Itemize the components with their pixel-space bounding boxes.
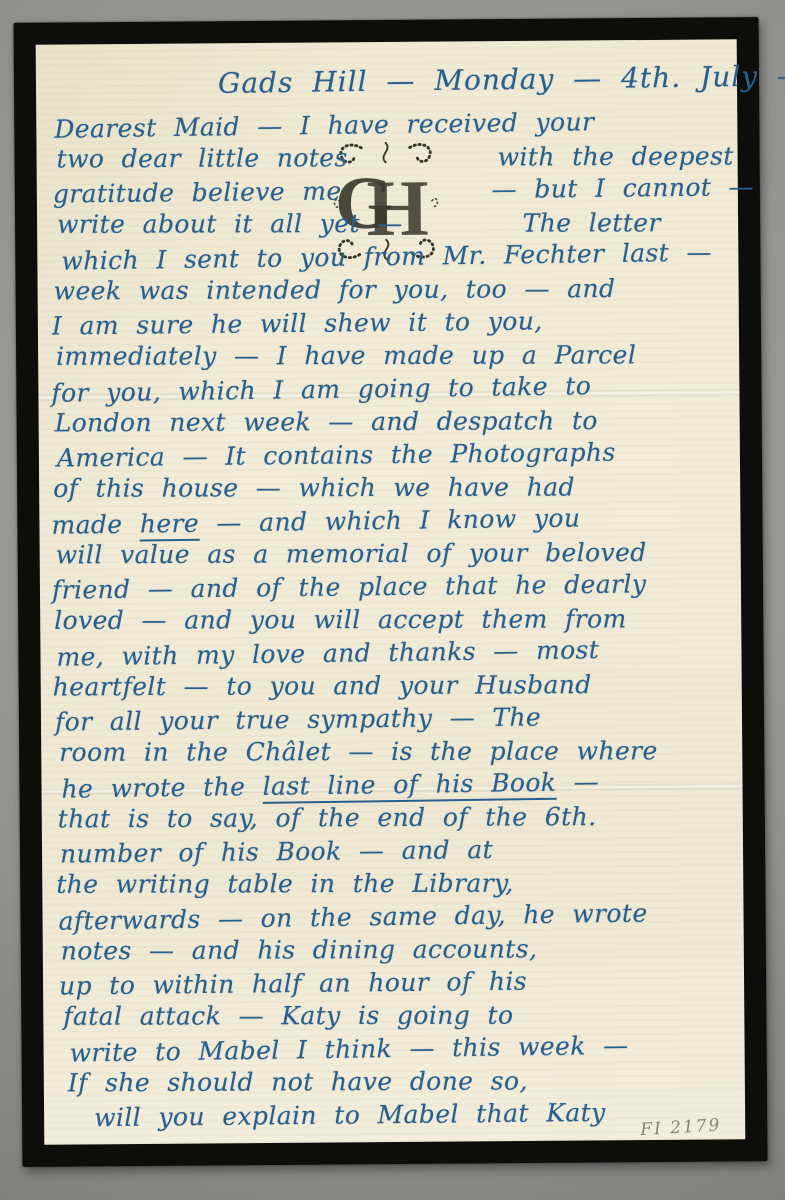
letter-line: notes — and his dining accounts, xyxy=(61,931,744,967)
letter-line: I am sure he will shew it to you, xyxy=(52,302,739,342)
letter-sheet: Gads Hill — Monday — 4th. July — G H Dea… xyxy=(14,17,768,1167)
letter-line: number of his Book — and at xyxy=(60,830,743,870)
letter-line: that is to say, of the end of the 6th. xyxy=(58,799,743,835)
line-segment: — but I cannot — xyxy=(491,172,754,204)
line-segment: write about it all yet — xyxy=(57,209,403,239)
line-segment: made xyxy=(51,510,140,540)
letter-line: up to within half an hour of his xyxy=(59,962,744,1002)
letter-line: will value as a memorial of your beloved xyxy=(56,535,741,571)
letter-line: two dear little noteswith the deepest xyxy=(57,139,738,175)
letter-line: friend — and of the place that he dearly xyxy=(52,566,741,606)
line-segment: — xyxy=(556,767,599,797)
underlined-phrase: last line of his Book xyxy=(262,768,556,804)
letter-line: fatal attack — Katy is going to xyxy=(63,998,744,1033)
letter-line: for all your true sympathy — The xyxy=(55,698,742,738)
line-segment: with the deepest xyxy=(498,141,734,171)
monogram-gap xyxy=(342,198,492,200)
letter-line: gratitude believe me— but I cannot — xyxy=(53,170,738,210)
catalog-number: FI 2179 xyxy=(640,1115,722,1140)
line-segment: — and which I know you xyxy=(199,503,581,537)
line-segment: he wrote the xyxy=(61,772,263,804)
letter-line: week was intended for you, too — and xyxy=(54,271,739,307)
underlined-word: here xyxy=(140,509,200,542)
letter-line: write about it all yet —The letter xyxy=(57,206,738,241)
letter-line: London next week — and despatch to xyxy=(55,403,740,439)
letter-line: heartfelt — to you and your Husband xyxy=(53,667,742,703)
letter-line: If she should not have done so, xyxy=(68,1063,745,1099)
letter-heading: Gads Hill — Monday — 4th. July — xyxy=(218,59,785,100)
line-segment: gratitude believe me xyxy=(53,177,342,209)
line-segment: two dear little notes xyxy=(57,143,348,173)
monogram-gap xyxy=(348,165,498,166)
letter-paper: Gads Hill — Monday — 4th. July — G H Dea… xyxy=(36,39,746,1144)
letter-body: Dearest Maid — I have received your two … xyxy=(36,105,745,1133)
letter-line: America — It contains the Photographs xyxy=(57,434,740,474)
line-segment: The letter xyxy=(523,208,661,237)
